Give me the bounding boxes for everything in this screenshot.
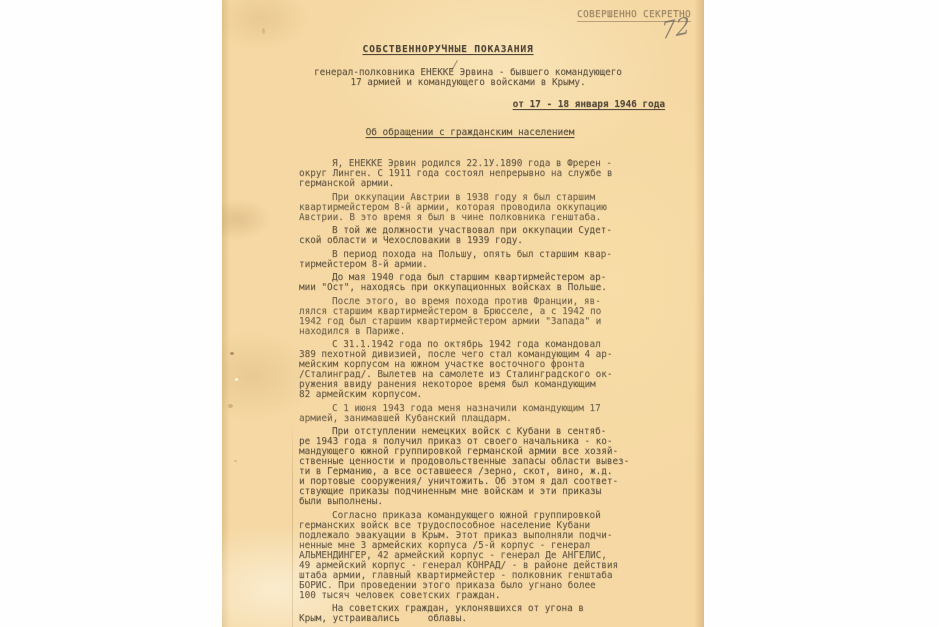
document-title: СОБСТВЕННОРУЧНЫЕ ПОКАЗАНИЯ (265, 44, 631, 55)
text-line: БОРИС. При проведении этого приказа было… (299, 581, 665, 591)
text-line: квартирмейстером 8-й армии, которая пров… (299, 203, 665, 213)
text-line: ненные мне 3 армейских корпуса /5-й корп… (299, 541, 665, 551)
paragraph: Я, ЕНЕККЕ Эрвин родился 22.1У.1890 года … (299, 159, 665, 189)
text-line: армией, занимавшей Кубанский плацдарм. (299, 414, 665, 424)
paragraph: С 31.1.1942 года по октябрь 1942 года ко… (299, 340, 665, 400)
text-line: Крым, устраивались облавы. (299, 614, 665, 624)
paragraph: До мая 1940 года был старшим квартирмейс… (299, 273, 665, 293)
paper-stain (230, 352, 234, 355)
text-line: При оккупации Австрии в 1938 году я был … (299, 193, 665, 203)
text-line: Согласно приказа командующего южной груп… (299, 511, 665, 521)
paragraphs: Я, ЕНЕККЕ Эрвин родился 22.1У.1890 года … (299, 159, 665, 624)
text-line: После этого, во время похода против Фран… (299, 297, 665, 307)
paragraph: В той же должности участвовал при оккупа… (299, 226, 665, 246)
text-line: ской области и Чехословакии в 1939 году. (299, 236, 665, 246)
paper-stain (235, 378, 238, 381)
paper-crease (292, 420, 293, 627)
byline: генерал-полковника ЕНЕККЕ Эрвина - бывше… (285, 68, 651, 88)
text-line: 100 тысяч человек советских граждан. (299, 591, 665, 601)
text-line: Австрии. В это время я был в чине полков… (299, 213, 665, 223)
text-line: мии "Ост", находясь при оккупационных во… (299, 283, 665, 293)
paragraph: В период похода на Польшу, опять был ста… (299, 250, 665, 270)
text-line: АЛЬМЕНДИНГЕР, 42 армейский корпус - гене… (299, 551, 665, 561)
paragraph: При отступлении немецких войск с Кубани … (299, 427, 665, 507)
byline-line: 17 армией и командующего войсками в Крым… (285, 78, 651, 88)
paper-stain (228, 404, 233, 408)
paragraph: Согласно приказа командующего южной груп… (299, 511, 665, 601)
text-line: германской армии. (299, 179, 665, 189)
text-line: тирмейстером 8-й армии. (299, 260, 665, 270)
paragraph: При оккупации Австрии в 1938 году я был … (299, 193, 665, 223)
paragraph: С 1 июня 1943 года меня назначили команд… (299, 404, 665, 424)
text-line: В период похода на Польшу, опять был ста… (299, 250, 665, 260)
text-line: 82 армейским корпусом. (299, 390, 665, 400)
text-line: были выполнены. (299, 497, 665, 507)
text-line: 49 армейский корпус - генерал КОНРАД/ - … (299, 561, 665, 571)
text-line: лялся старшим квартирмейстером в Брюссел… (299, 307, 665, 317)
date-line: от 17 - 18 января 1946 года (299, 99, 665, 110)
text-line: германских войск все трудоспособное насе… (299, 521, 665, 531)
text-line: С 1 июня 1943 года меня назначили команд… (299, 404, 665, 414)
handwritten-page-number: 72 (661, 13, 691, 45)
paper-stain (262, 28, 265, 34)
text-line: штаба армии, главный квартирмейстер - по… (299, 571, 665, 581)
section-heading: Об обращении с гражданским населением (287, 127, 653, 138)
paragraph: На советских граждан, уклонявшихся от уг… (299, 604, 665, 624)
document-page: СОВЕРШЕННО СЕКРЕТНО 72 / СОБСТВЕННОРУЧНЫ… (222, 0, 704, 627)
scan-background: СОВЕРШЕННО СЕКРЕТНО 72 / СОБСТВЕННОРУЧНЫ… (0, 0, 939, 627)
text-line: 1942 год был старшим квартирмейстером ар… (299, 317, 665, 327)
text-column: СОБСТВЕННОРУЧНЫЕ ПОКАЗАНИЯ генерал-полко… (299, 0, 665, 627)
paper-stain (234, 460, 237, 462)
text-line: подлежало эвакуации в Крым. Этот приказ … (299, 531, 665, 541)
text-line: находился в Париже. (299, 327, 665, 337)
paragraph: После этого, во время похода против Фран… (299, 297, 665, 337)
